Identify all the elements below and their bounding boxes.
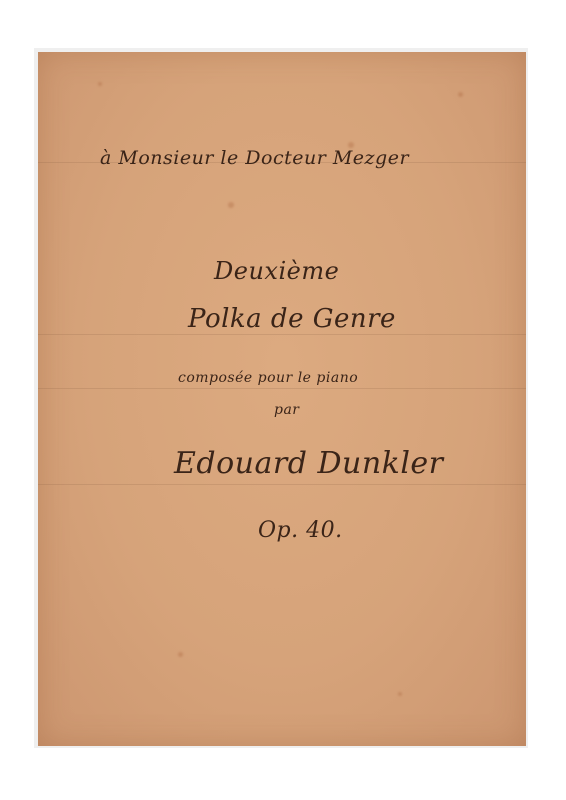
- title-line-1: Deuxième: [214, 257, 339, 285]
- by-text: par: [274, 402, 300, 418]
- opus-number: Op. 40.: [258, 518, 343, 543]
- stain: [398, 692, 402, 696]
- stain: [178, 652, 183, 657]
- dedication-text: à Monsieur le Docteur Mezger: [100, 147, 409, 169]
- ruled-line: [38, 334, 526, 335]
- composer-name: Edouard Dunkler: [174, 446, 444, 481]
- stain: [228, 202, 234, 208]
- subtitle-text: composée pour le piano: [178, 370, 358, 386]
- manuscript-page: à Monsieur le Docteur Mezger Deuxième Po…: [38, 52, 526, 746]
- stain: [98, 82, 102, 86]
- ruled-line: [38, 484, 526, 485]
- title-line-2: Polka de Genre: [188, 304, 396, 334]
- ruled-line: [38, 388, 526, 389]
- stain: [458, 92, 463, 97]
